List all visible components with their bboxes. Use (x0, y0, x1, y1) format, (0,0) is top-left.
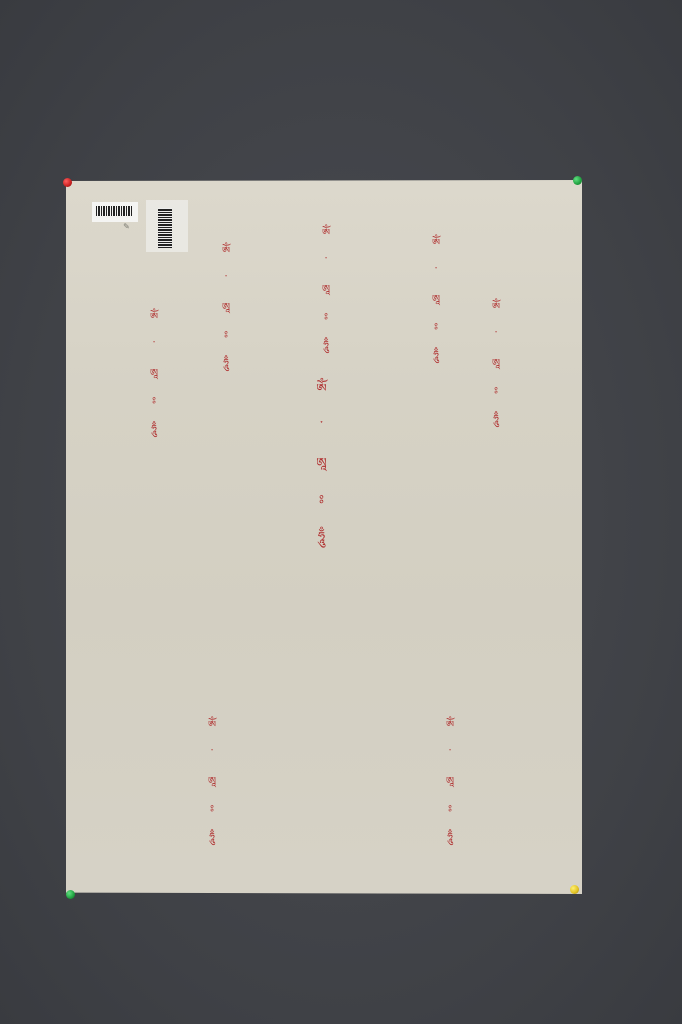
tibetan-syllable-mark: ཨོཾ་ཨཱཿཧཱུྃ (432, 232, 444, 372)
pin-top-left (63, 178, 72, 187)
tibetan-syllable-mark: ཨོཾ་ཨཱཿཧཱུྃ (222, 240, 234, 380)
barcode-bars (96, 206, 132, 216)
tibetan-syllable-mark: ཨོཾ་ཨཱཿཧཱུྃ (322, 222, 334, 362)
vertical-barcode-bars (158, 208, 172, 248)
barcode-sticker (92, 202, 138, 222)
tibetan-syllable-mark: ཨོཾ་ཨཱཿཧཱུྃ (150, 306, 162, 446)
tibetan-syllable-mark: ཨོཾ་ཨཱཿཧཱུྃ (208, 714, 220, 854)
pin-top-right (573, 176, 582, 185)
tibetan-syllable-mark: ཨོཾ་ཨཱཿཧཱུྃ (492, 296, 504, 436)
pin-bottom-right (570, 885, 579, 894)
tibetan-syllable-mark: ཨོཾ་ཨཱཿཧཱུྃ (318, 374, 330, 559)
pin-bottom-left (66, 890, 75, 899)
tibetan-syllable-mark: ཨོཾ་ཨཱཿཧཱུྃ (446, 714, 458, 854)
handwritten-note: ✎ (122, 222, 131, 246)
vertical-barcode-sticker (146, 200, 188, 252)
